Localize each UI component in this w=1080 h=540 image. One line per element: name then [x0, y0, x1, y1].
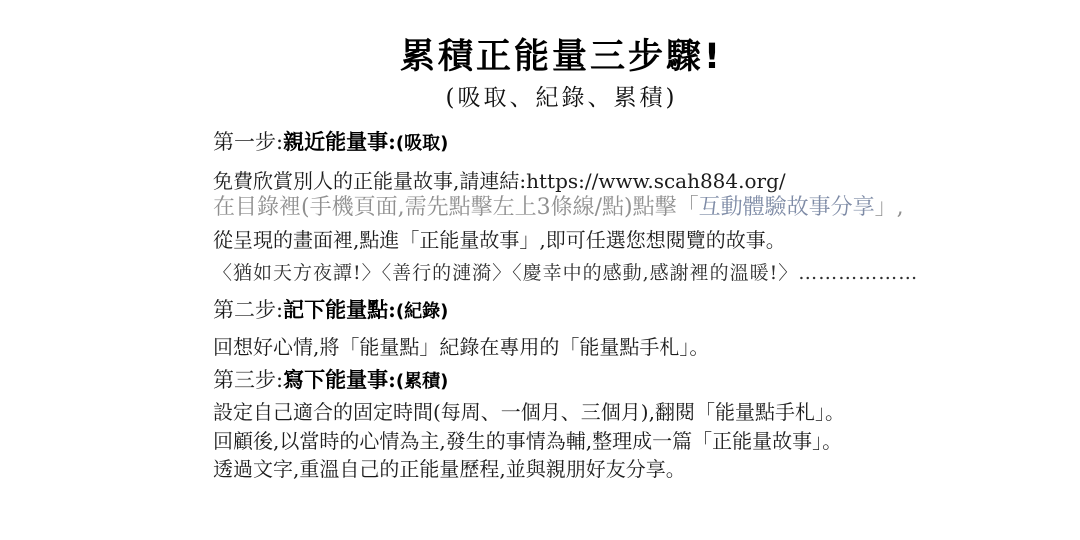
step2-instruction-line: 回想好心情,將「能量點」紀錄在專用的「能量點手札」。 — [213, 334, 709, 360]
step3-instruction-line-1: 設定自己適合的固定時間(每周、一個月、三個月),翻閱「能量點手札」。 — [213, 399, 845, 425]
step1-link-line: 免費欣賞別人的正能量故事,請連結:https://www.scah884.org… — [213, 168, 786, 194]
story-site-url-link[interactable]: https://www.scah884.org/ — [526, 169, 786, 193]
step2-tag: (紀錄) — [396, 301, 448, 322]
step3-label: 第三步: — [213, 368, 283, 392]
step3-name: 寫下能量事: — [283, 367, 396, 392]
step2-heading: 第二步:記下能量點:(紀錄) — [213, 296, 448, 325]
step1-tag: (吸取) — [396, 133, 448, 154]
step1-heading: 第一步:親近能量事:(吸取) — [213, 128, 448, 157]
step3-tag: (累積) — [396, 371, 448, 392]
step2-name: 記下能量點: — [283, 297, 396, 322]
step3-instruction-line-2: 回顧後,以當時的心情為主,發生的事情為輔,整理成一篇「正能量故事」。 — [213, 428, 842, 454]
step1-label: 第一步: — [213, 130, 283, 154]
menu-instruction-suffix: 」, — [875, 195, 904, 220]
page-subtitle: (吸取、紀錄、累積) — [213, 84, 910, 112]
step3-instruction-line-3: 透過文字,重溫自己的正能量歷程,並與親朋好友分享。 — [213, 456, 686, 482]
step1-name: 親近能量事: — [283, 129, 396, 154]
step2-label: 第二步: — [213, 298, 283, 322]
page-title: 累積正能量三步驟! — [213, 36, 910, 78]
step3-heading: 第三步:寫下能量事:(累積) — [213, 366, 448, 395]
story-title-examples: 〈猶如天方夜譚!〉〈善行的漣漪〉〈慶幸中的感動,感謝裡的溫暖!〉……………… — [213, 261, 918, 286]
step1-menu-instruction-line: 在目錄裡(手機頁面,需先點擊左上3條線/點)點擊「互動體驗故事分享」, — [213, 194, 904, 222]
menu-instruction-prefix: 在目錄裡(手機頁面,需先點擊左上3條線/點)點擊「 — [213, 195, 699, 220]
menu-item-name-highlight: 互動體驗故事分享 — [699, 195, 875, 220]
step1-select-story-line: 從呈現的畫面裡,點進「正能量故事」,即可任選您想閱覽的故事。 — [213, 227, 786, 253]
link-intro-text: 免費欣賞別人的正能量故事,請連結: — [213, 169, 526, 193]
document-page: 累積正能量三步驟! (吸取、紀錄、累積) 第一步:親近能量事:(吸取) 免費欣賞… — [0, 0, 1080, 540]
